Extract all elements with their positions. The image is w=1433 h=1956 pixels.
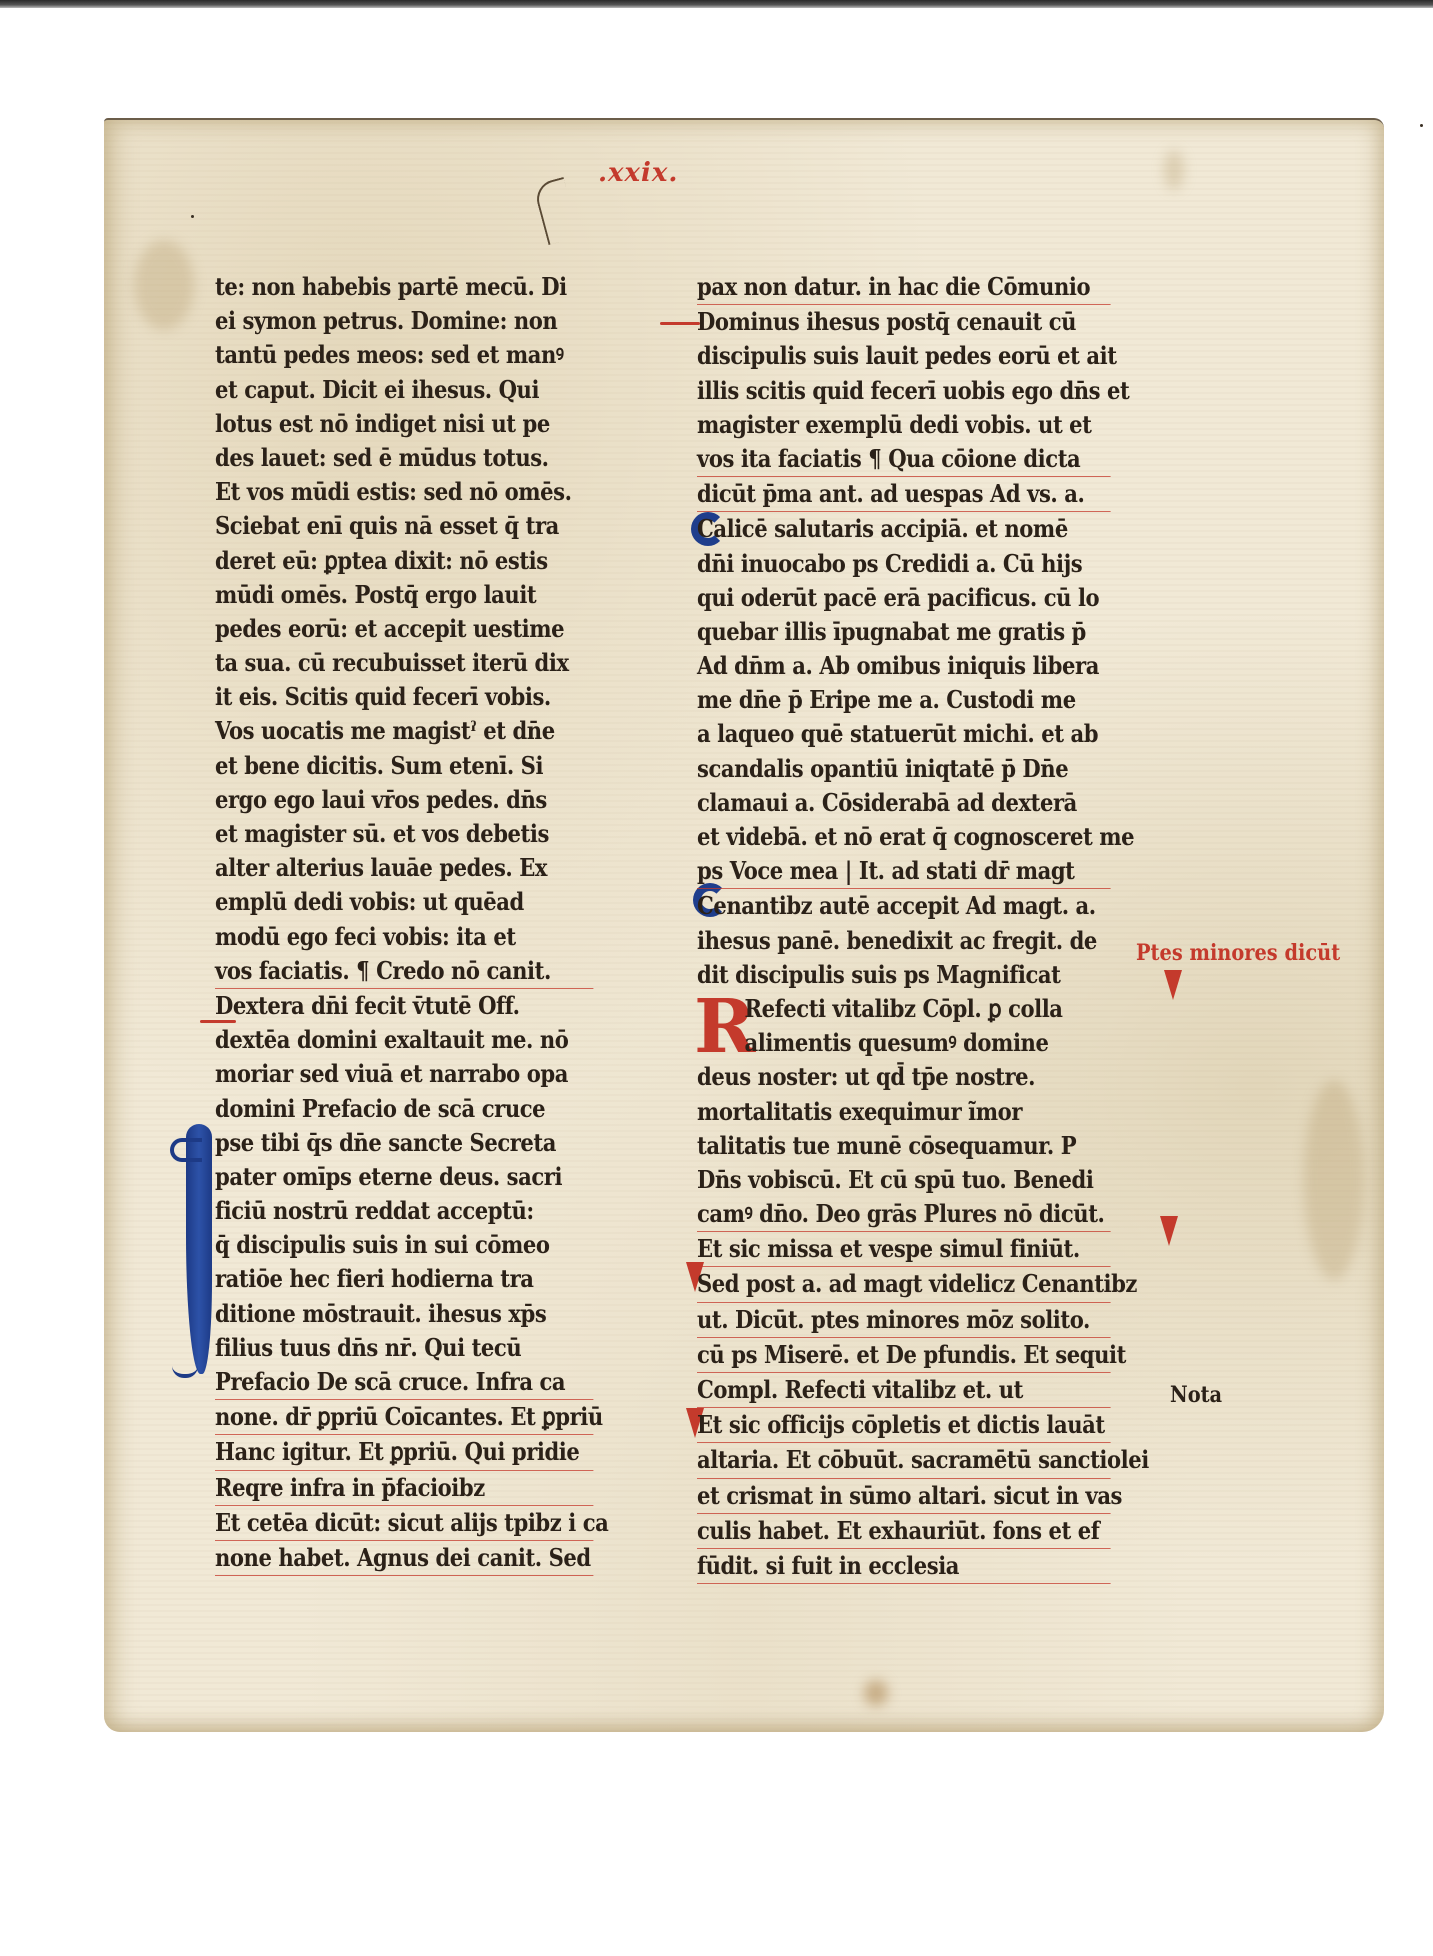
text-line: te: non habebis partē mecū. Di	[215, 270, 593, 304]
text-line: moriar sed viuā et narrabo opa	[215, 1057, 593, 1091]
text-line: alter alterius lauāe pedes. Ex	[215, 851, 593, 885]
scanner-edge	[0, 0, 1433, 8]
text-line: et caput. Dicit ei ihesus. Qui	[215, 373, 593, 407]
text-line: ratiōe hec fieri hodierna tra	[215, 1262, 593, 1296]
text-line: dn̄i inuocabo ps Credidi a. Cū hijs	[697, 547, 1111, 581]
folio-number: .xxix.	[598, 158, 678, 188]
text-line-rubric: pax non datur. in hac die Cōmunio	[697, 270, 1111, 305]
text-line: illis scitis quid fecerī uobis ego dn̄s …	[697, 374, 1111, 408]
text-line: Dextera dn̄i fecit v̄tutē Off.	[215, 989, 593, 1023]
text-line: magister exemplū dedi vobis. ut et	[697, 408, 1111, 442]
text-line: Et vos mūdi estis: sed nō omēs.	[215, 475, 593, 509]
text-line: ta sua. cū recubuisset iterū dix	[215, 646, 593, 680]
left-column: te: non habebis partē mecū. Di ei symon …	[215, 270, 645, 1576]
text-line: clamaui a. Cōsiderabā ad dexterā	[697, 786, 1111, 820]
text-line: mortalitatis exequimur ĩmor	[697, 1095, 1111, 1129]
text-line-rubric: Prefacio De scā cruce. Infra ca	[215, 1365, 593, 1400]
text-line-rubric: Compl. Refecti vitalibz et. ut	[697, 1373, 1111, 1408]
text-line: filius tuus dn̄s nr̄. Qui tecū	[215, 1331, 593, 1365]
text-line: deret eū: ꝑptea dixit: nō estis	[215, 544, 593, 578]
text-line-rubric: Sed post a. ad magt videlicz Cenantibz	[697, 1267, 1111, 1302]
text-line: et bene dicitis. Sum etenī. Si	[215, 749, 593, 783]
text-line: discipulis suis lauit pedes eorū et ait	[697, 339, 1111, 373]
text-line-rubric: ut. Dicūt. ptes minores mōz solito.	[697, 1303, 1111, 1338]
text-line: ei symon petrus. Domine: non	[215, 304, 593, 338]
text-line: pse tibi q̄s dn̄e sancte Secreta	[215, 1126, 593, 1160]
text-line: pedes eorū: et accepit uestime	[215, 612, 593, 646]
text-line-rubric: ps Voce mea | It. ad stati dr̄ magt	[697, 854, 1111, 889]
text-line: et videbā. et nō erat q̄ cognosceret me	[697, 820, 1111, 854]
text-line: dit discipulis suis ps Magnificat	[697, 958, 1111, 992]
text-line: deus noster: ut qd̄ tp̄e nostre.	[697, 1060, 1111, 1094]
text-line: quebar illis īpugnabat me gratis p̄	[697, 615, 1111, 649]
text-line-rubric: cū ps Miserē. et De pfundis. Et sequit	[697, 1338, 1111, 1373]
text-line: scandalis opantiū iniqtatē p̄ Dn̄e	[697, 752, 1111, 786]
text-line: ficiū nostrū reddat acceptū:	[215, 1194, 593, 1228]
text-line: qui oderūt pacē erā pacificus. cū lo	[697, 581, 1111, 615]
text-line: lotus est nō indiget nisi ut pe	[215, 407, 593, 441]
text-line: Dominus ihesus postq̄ cenauit cū	[697, 305, 1111, 339]
text-line-rubric: Et sic officijs cōpletis et dictis lauāt	[697, 1408, 1111, 1443]
text-line-rubric: camꝰ dn̄o. Deo grās Plures nō dicūt.	[697, 1197, 1111, 1232]
text-line: it eis. Scitis quid fecerī vobis.	[215, 680, 593, 714]
text-line-rubric: Hanc igitur. Et ꝑpriū. Qui pridie	[215, 1435, 593, 1470]
text-line-rubric: Reqre infra in p̄facioibz	[215, 1471, 593, 1506]
speck	[191, 215, 194, 218]
text-line: pater omīps eterne deus. sacri	[215, 1160, 593, 1194]
text-line: me dn̄e p̄ Eripe me a. Custodi me	[697, 683, 1111, 717]
speck	[1420, 124, 1423, 127]
blue-initial-i	[186, 1124, 212, 1374]
text-line: Sciebat enī quis nā esset q̄ tra	[215, 509, 593, 543]
stain	[1164, 150, 1184, 190]
text-line-rubric: none. dr̄ ꝑpriū Coīcantes. Et ꝑpriū	[215, 1400, 593, 1435]
text-line: ihesus panē. benedixit ac fregit. de	[697, 924, 1111, 958]
text-line: mūdi omēs. Postq̄ ergo lauit	[215, 578, 593, 612]
text-line: modū ego feci vobis: ita et	[215, 920, 593, 954]
text-line: dextēa domini exaltauit me. nō	[215, 1023, 593, 1057]
text-line: Cenantibz autē accepit Ad magt. a.	[697, 889, 1111, 923]
text-line: a laqueo quē statuerūt michi. et ab	[697, 717, 1111, 751]
right-column: pax non datur. in hac die Cōmunio Dominu…	[697, 270, 1167, 1584]
text-line-rubric: culis habet. Et exhauriūt. fons et ef	[697, 1514, 1111, 1549]
text-line-rubric: none habet. Agnus dei canit. Sed	[215, 1541, 593, 1576]
stain	[1304, 1080, 1364, 1280]
text-line: domini Prefacio de scā cruce	[215, 1092, 593, 1126]
text-line-rubric: altaria. Et cōbuūt. sacramētū sanctiolei	[697, 1443, 1111, 1478]
text-line-rubric: et crismat in sūmo altari. sicut in vas	[697, 1479, 1111, 1514]
text-line: Ad dn̄m a. Ab omibus iniquis libera	[697, 649, 1111, 683]
red-flourish-dominus	[660, 322, 700, 325]
text-line-rubric: Et sic missa et vespe simul finiūt.	[697, 1232, 1111, 1267]
text-line: et magister sū. et vos debetis	[215, 817, 593, 851]
margin-note-nota: Nota	[1170, 1382, 1222, 1408]
text-line: Vos uocatis me magistˀ et dn̄e	[215, 714, 593, 748]
text-line: q̄ discipulis suis in sui cōmeo	[215, 1228, 593, 1262]
text-line-rubric: vos ita faciatis ¶ Qua cōione dicta	[697, 442, 1111, 477]
stain	[864, 1680, 888, 1706]
text-line: alimentis quesumꝰ domine	[697, 1026, 1111, 1060]
text-line: Dn̄s vobiscū. Et cū spū tuo. Benedi	[697, 1163, 1111, 1197]
text-line: tantū pedes meos: sed et manꝰ	[215, 338, 593, 372]
text-line-rubric: dicūt p̄ma ant. ad uespas Ad vs. a.	[697, 477, 1111, 512]
text-line: emplū dedi vobis: ut quēad	[215, 885, 593, 919]
text-line: Calicē salutaris accipiā. et nomē	[697, 512, 1111, 546]
stain	[134, 240, 194, 330]
text-line: ergo ego laui vr̄os pedes. dn̄s	[215, 783, 593, 817]
text-line-rubric: vos faciatis. ¶ Credo nō canit.	[215, 954, 593, 989]
text-line: Refecti vitalibz Cōpl. ꝑ colla	[697, 992, 1111, 1026]
text-line-rubric: Et cetēa dicūt: sicut alijs tpibz i ca	[215, 1506, 593, 1541]
text-line: des lauet: sed ē mūdus totus.	[215, 441, 593, 475]
text-line: ditione mōstrauit. ihesus xp̄s	[215, 1297, 593, 1331]
text-line-rubric: fūdit. si fuit in ecclesia	[697, 1549, 1111, 1584]
text-line: talitatis tue munē cōsequamur. P	[697, 1129, 1111, 1163]
